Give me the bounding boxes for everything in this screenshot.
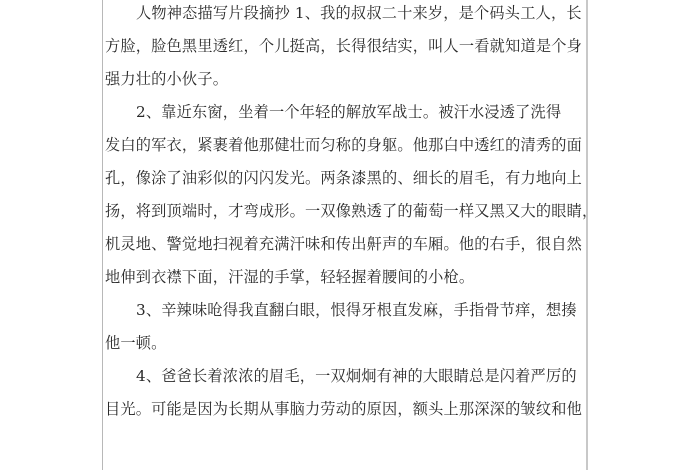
text-line: 发白的军衣，紧裹着他那健壮而匀称的身躯。他那白中透红的清秀的面 [105, 129, 583, 162]
text-line: 人物神态描写片段摘抄 1、我的叔叔二十来岁，是个码头工人，长 [105, 0, 583, 30]
document-page: 人物神态描写片段摘抄 1、我的叔叔二十来岁，是个码头工人，长 方脸，脸色黑里透红… [102, 0, 588, 470]
text-line: 2、靠近东窗，坐着一个年轻的解放军战士。被汗水浸透了洗得 [105, 96, 583, 129]
paragraph-1: 人物神态描写片段摘抄 1、我的叔叔二十来岁，是个码头工人，长 方脸，脸色黑里透红… [105, 0, 583, 96]
text-line: 扬，将到顶端时，才弯成形。一双像熟透了的葡萄一样又黑又大的眼睛， [105, 195, 583, 228]
paragraph-4: 4、爸爸长着浓浓的眉毛，一双炯炯有神的大眼睛总是闪着严厉的 目光。可能是因为长期… [105, 360, 583, 426]
text-line: 孔，像涂了油彩似的闪闪发光。两条漆黑的、细长的眉毛，有力地向上 [105, 162, 583, 195]
text-line: 3、辛辣味呛得我直翻白眼，恨得牙根直发麻，手指骨节痒，想揍 [105, 294, 583, 327]
paragraph-3: 3、辛辣味呛得我直翻白眼，恨得牙根直发麻，手指骨节痒，想揍 他一顿。 [105, 294, 583, 360]
text-line: 强力壮的小伙子。 [105, 63, 583, 96]
text-line: 机灵地、警觉地扫视着充满汗味和传出鼾声的车厢。他的右手，很自然 [105, 228, 583, 261]
text-line: 他一顿。 [105, 327, 583, 360]
text-line: 4、爸爸长着浓浓的眉毛，一双炯炯有神的大眼睛总是闪着严厉的 [105, 360, 583, 393]
text-line: 目光。可能是因为长期从事脑力劳动的原因，额头上那深深的皱纹和他 [105, 393, 583, 426]
paragraph-2: 2、靠近东窗，坐着一个年轻的解放军战士。被汗水浸透了洗得 发白的军衣，紧裹着他那… [105, 96, 583, 294]
text-line: 地伸到衣襟下面，汗湿的手掌，轻轻握着腰间的小枪。 [105, 261, 583, 294]
text-line: 方脸，脸色黑里透红，个儿挺高，长得很结实，叫人一看就知道是个身 [105, 30, 583, 63]
document-body: 人物神态描写片段摘抄 1、我的叔叔二十来岁，是个码头工人，长 方脸，脸色黑里透红… [105, 0, 583, 426]
